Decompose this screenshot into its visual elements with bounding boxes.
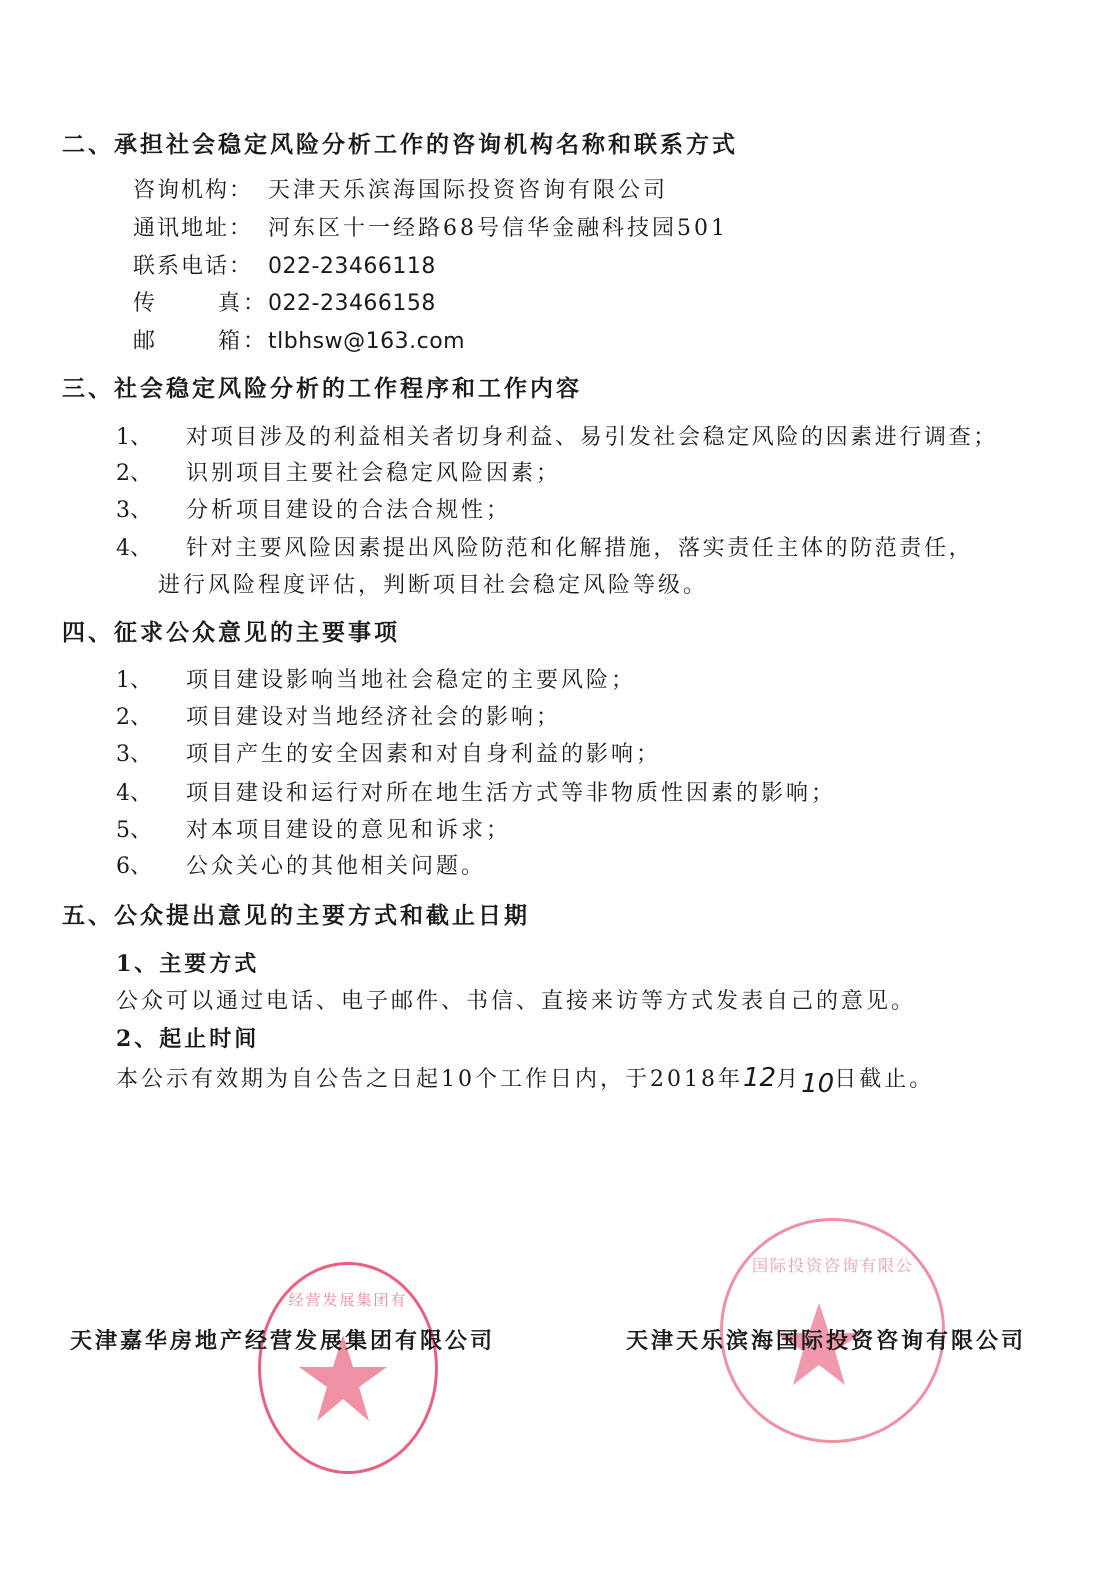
handwritten-month: 12 (743, 1063, 776, 1093)
subsection-title: 2、起止时间 (116, 1025, 259, 1053)
company-seal-left: 经营发展集团有 (258, 1262, 438, 1474)
section3-heading: 三、社会稳定风险分析的工作程序和工作内容 (62, 375, 582, 403)
list-item: 3、分析项目建设的合法合规性； (116, 497, 511, 525)
signer-left: 天津嘉华房地产经营发展集团有限公司 (70, 1327, 495, 1355)
document-page: 二、承担社会稳定风险分析工作的咨询机构名称和联系方式 咨询机构：天津天乐滨海国际… (0, 0, 1114, 1575)
svg-text:经营发展集团有: 经营发展集团有 (288, 1291, 407, 1309)
handwritten-day: 10 (801, 1069, 834, 1099)
list-item: 5、对本项目建设的意见和诉求； (116, 817, 511, 845)
section2-heading: 二、承担社会稳定风险分析工作的咨询机构名称和联系方式 (62, 131, 738, 159)
deadline-paragraph: 本公示有效期为自公告之日起10个工作日内，于2018年12月10日截止。 (116, 1064, 934, 1094)
signer-right: 天津天乐滨海国际投资咨询有限公司 (626, 1327, 1026, 1355)
list-item-continuation: 进行风险程度评估，判断项目社会稳定风险等级。 (158, 572, 708, 600)
star-icon: 经营发展集团有 (261, 1265, 435, 1471)
list-item: 6、公众关心的其他相关问题。 (116, 853, 486, 881)
email-address: tlbhsw@163.com (268, 329, 465, 354)
field-address: 通讯地址：河东区十一经路68号信华金融科技园501 (133, 215, 728, 243)
field-label: 咨询机构： (133, 177, 268, 205)
field-label: 邮箱 (133, 328, 243, 356)
subsection-title: 1、主要方式 (116, 950, 259, 978)
section5-heading: 五、公众提出意见的主要方式和截止日期 (62, 902, 530, 930)
field-value: 天津天乐滨海国际投资咨询有限公司 (268, 178, 668, 203)
list-item: 4、针对主要风险因素提出风险防范和化解措施，落实责任主体的防范责任， (116, 535, 973, 563)
field-label: 联系电话： (133, 253, 268, 281)
field-fax: 传真：022-23466158 (133, 290, 436, 318)
list-item: 1、对项目涉及的利益相关者切身利益、易引发社会稳定风险的因素进行调查； (116, 424, 998, 452)
field-label: 传真 (133, 290, 243, 318)
section4-heading: 四、征求公众意见的主要事项 (62, 619, 400, 647)
svg-text:国际投资咨询有限公: 国际投资咨询有限公 (752, 1256, 914, 1275)
field-phone: 联系电话：022-23466118 (133, 253, 436, 281)
field-email: 邮箱：tlbhsw@163.com (133, 328, 465, 356)
phone-number: 022-23466118 (268, 254, 436, 279)
paragraph: 公众可以通过电话、电子邮件、书信、直接来访等方式发表自己的意见。 (116, 988, 916, 1016)
list-item: 2、识别项目主要社会稳定风险因素； (116, 460, 561, 488)
list-item: 1、项目建设影响当地社会稳定的主要风险； (116, 667, 636, 695)
fax-number: 022-23466158 (268, 291, 436, 316)
list-item: 3、项目产生的安全因素和对自身利益的影响； (116, 741, 661, 769)
field-consulting-org: 咨询机构：天津天乐滨海国际投资咨询有限公司 (133, 177, 668, 205)
field-label: 通讯地址： (133, 215, 268, 243)
field-value: 河东区十一经路68号信华金融科技园501 (268, 216, 728, 241)
list-item: 4、项目建设和运行对所在地生活方式等非物质性因素的影响； (116, 780, 836, 808)
list-item: 2、项目建设对当地经济社会的影响； (116, 704, 561, 732)
